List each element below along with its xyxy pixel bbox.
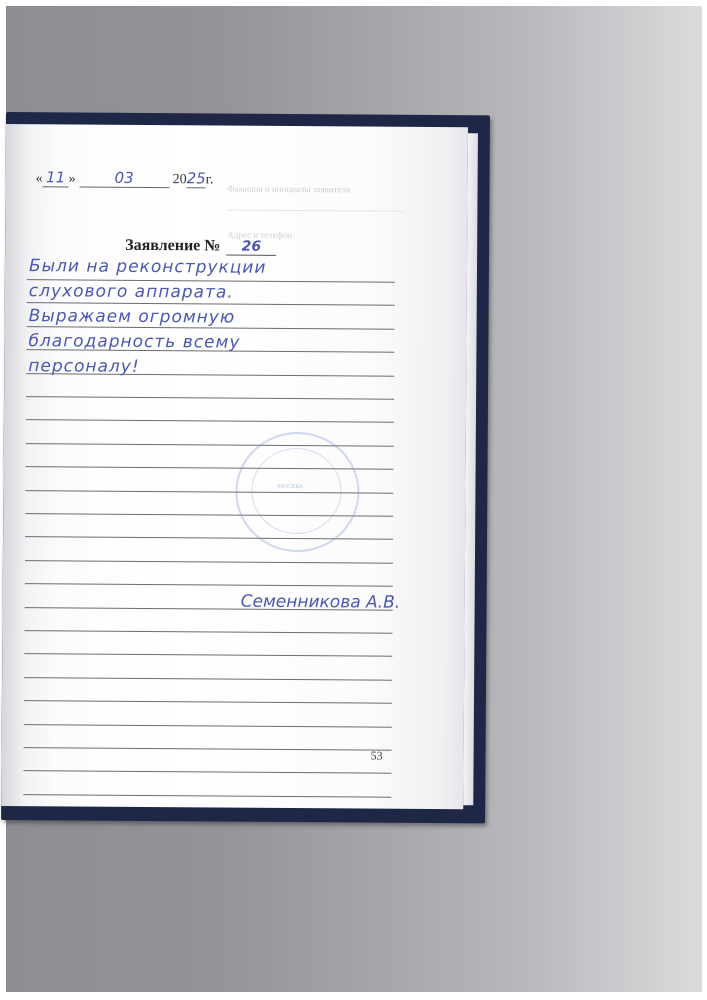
- handwritten-line: благодарность всему: [28, 331, 240, 352]
- ruled-line: [26, 420, 394, 424]
- ruled-line: [25, 583, 393, 587]
- ruled-line: [24, 630, 392, 634]
- ruled-line: [26, 396, 394, 400]
- ruled-line: [25, 560, 393, 564]
- handwritten-line: Были на реконструкции: [29, 256, 267, 278]
- ruled-line: [24, 700, 392, 704]
- ruled-line: [23, 771, 391, 775]
- ruled-line: [24, 747, 392, 751]
- ruled-line: [26, 443, 394, 447]
- date-field: «11» 03 2025г.: [36, 168, 214, 188]
- statement-number: 26: [226, 239, 276, 256]
- ruled-line: [24, 654, 392, 658]
- faded-rule: [227, 210, 403, 212]
- faded-field-label-name: Фамилия и инициалы заявителя: [228, 184, 351, 195]
- ruled-line: [24, 677, 392, 681]
- ruled-line: [24, 724, 392, 728]
- year-prefix: 20: [173, 172, 187, 187]
- handwritten-line: Выражаем огромную: [29, 306, 236, 327]
- handwritten-line: персоналу!: [28, 356, 140, 377]
- date-day: 11: [43, 168, 69, 187]
- page-number: 53: [371, 749, 383, 764]
- date-month: 03: [79, 169, 169, 189]
- journal-page: «11» 03 2025г. Фамилия и инициалы заявит…: [1, 124, 468, 809]
- official-stamp: МОСКВА: [235, 432, 360, 553]
- statement-title: Заявление №26: [125, 237, 276, 256]
- ruled-line: [23, 794, 391, 798]
- handwritten-line: слухового аппарата.: [29, 281, 234, 302]
- signature: Семенникова А.В.: [241, 592, 401, 613]
- year-suffix: 25: [187, 169, 206, 188]
